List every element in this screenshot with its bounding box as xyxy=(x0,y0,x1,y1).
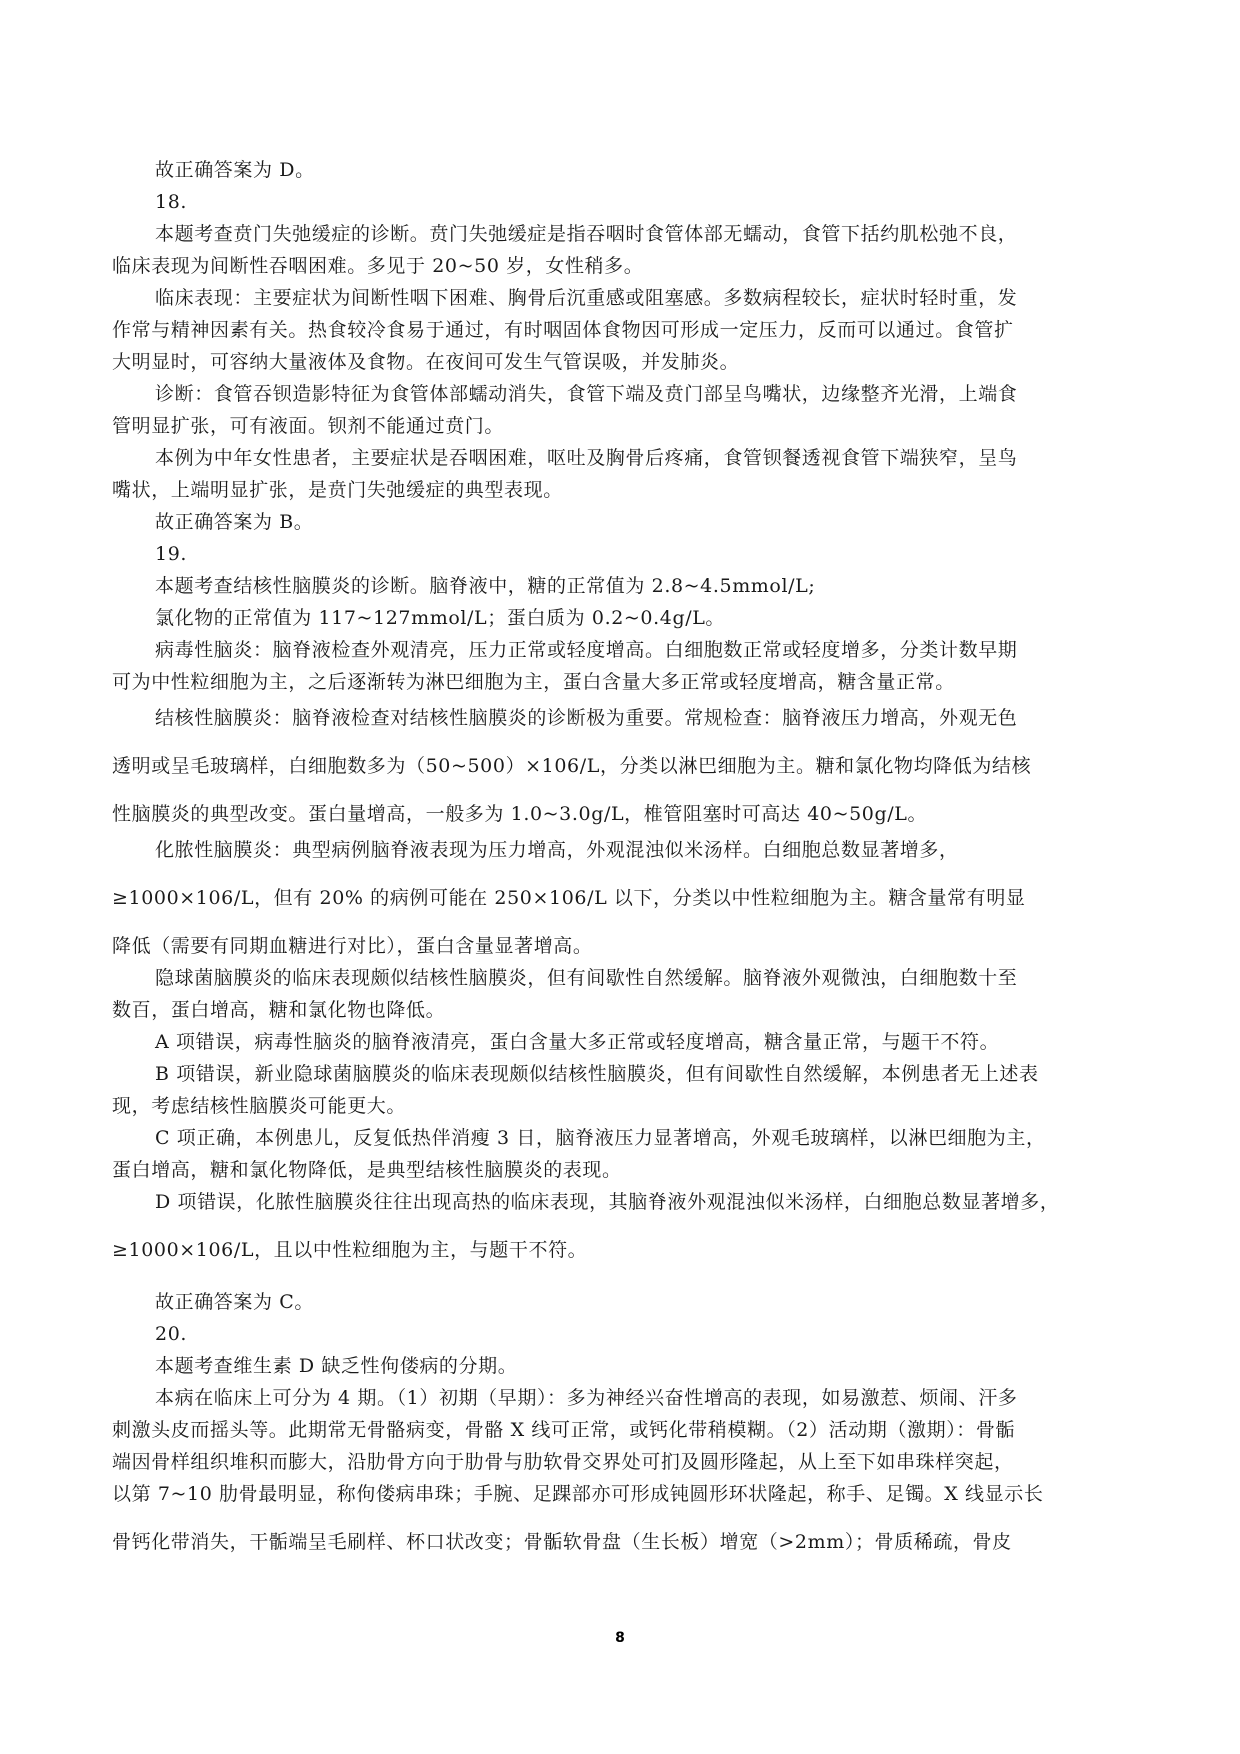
paragraph-line-first: 氯化物的正常值为 117~127mmol/L；蛋白质为 0.2~0.4g/L。 xyxy=(155,606,1165,630)
paragraph-line: 数百，蛋白增高，糖和氯化物也降低。 xyxy=(112,998,1122,1022)
paragraph-line: 临床表现为间断性吞咽困难。多见于 20~50 岁，女性稍多。 xyxy=(112,254,1122,278)
paragraph-line-first: 病毒性脑炎：脑脊液检查外观清亮，压力正常或轻度增高。白细胞数正常或轻度增多，分类… xyxy=(155,638,1165,662)
paragraph-line-first: D 项错误，化脓性脑膜炎往往出现高热的临床表现，其脑脊液外观混浊似米汤样，白细胞… xyxy=(155,1190,1165,1214)
paragraph-line: 透明或呈毛玻璃样，白细胞数多为（50~500）×106/L，分类以淋巴细胞为主。… xyxy=(112,754,1122,778)
document-page: 故正确答案为 D。18.本题考查贲门失弛缓症的诊断。贲门失弛缓症是指吞咽时食管体… xyxy=(0,0,1240,1754)
page-number: 8 xyxy=(0,1630,1240,1646)
paragraph-line: 蛋白增高，糖和氯化物降低，是典型结核性脑膜炎的表现。 xyxy=(112,1158,1122,1182)
paragraph-line-first: 故正确答案为 C。 xyxy=(155,1290,1165,1314)
paragraph-line-first: A 项错误，病毒性脑炎的脑脊液清亮，蛋白含量大多正常或轻度增高，糖含量正常，与题… xyxy=(155,1030,1165,1054)
paragraph-line-first: 隐球菌脑膜炎的临床表现颇似结核性脑膜炎，但有间歇性自然缓解。脑脊液外观微浊，白细… xyxy=(155,966,1165,990)
paragraph-line-first: 18. xyxy=(155,190,1165,214)
paragraph-line-first: 临床表现：主要症状为间断性咽下困难、胸骨后沉重感或阻塞感。多数病程较长，症状时轻… xyxy=(155,286,1165,310)
paragraph-line-first: B 项错误，新业隐球菌脑膜炎的临床表现颇似结核性脑膜炎，但有间歇性自然缓解，本例… xyxy=(155,1062,1165,1086)
paragraph-line: 骨钙化带消失，干骺端呈毛刷样、杯口状改变；骨骺软骨盘（生长板）增宽（>2mm）；… xyxy=(112,1530,1122,1554)
paragraph-line-first: 本题考查贲门失弛缓症的诊断。贲门失弛缓症是指吞咽时食管体部无蠕动，食管下括约肌松… xyxy=(155,222,1165,246)
paragraph-line-first: 19. xyxy=(155,542,1165,566)
paragraph-line: 嘴状，上端明显扩张，是贲门失弛缓症的典型表现。 xyxy=(112,478,1122,502)
paragraph-line: ≥1000×106/L，但有 20% 的病例可能在 250×106/L 以下，分… xyxy=(112,886,1122,910)
paragraph-line: 降低（需要有同期血糖进行对比），蛋白含量显著增高。 xyxy=(112,934,1122,958)
paragraph-line-first: 本病在临床上可分为 4 期。（1）初期（早期）：多为神经兴奋性增高的表现，如易激… xyxy=(155,1386,1165,1410)
paragraph-line: 端因骨样组织堆积而膨大，沿肋骨方向于肋骨与肋软骨交界处可扪及圆形隆起，从上至下如… xyxy=(112,1450,1122,1474)
paragraph-line-first: 本例为中年女性患者，主要症状是吞咽困难，呕吐及胸骨后疼痛，食管钡餐透视食管下端狭… xyxy=(155,446,1165,470)
paragraph-line-first: 20. xyxy=(155,1322,1165,1346)
paragraph-line-first: 本题考查结核性脑膜炎的诊断。脑脊液中，糖的正常值为 2.8~4.5mmol/L; xyxy=(155,574,1165,598)
paragraph-line-first: 诊断：食管吞钡造影特征为食管体部蠕动消失，食管下端及贲门部呈鸟嘴状，边缘整齐光滑… xyxy=(155,382,1165,406)
paragraph-line: 刺激头皮而摇头等。此期常无骨骼病变，骨骼 X 线可正常，或钙化带稍模糊。（2）活… xyxy=(112,1418,1122,1442)
paragraph-line-first: 化脓性脑膜炎：典型病例脑脊液表现为压力增高，外观混浊似米汤样。白细胞总数显著增多… xyxy=(155,838,1165,862)
paragraph-line-first: 结核性脑膜炎：脑脊液检查对结核性脑膜炎的诊断极为重要。常规检查：脑脊液压力增高，… xyxy=(155,706,1165,730)
paragraph-line: 可为中性粒细胞为主，之后逐渐转为淋巴细胞为主，蛋白含量大多正常或轻度增高，糖含量… xyxy=(112,670,1122,694)
paragraph-line: 作常与精神因素有关。热食较冷食易于通过，有时咽固体食物因可形成一定压力，反而可以… xyxy=(112,318,1122,342)
paragraph-line: 管明显扩张，可有液面。钡剂不能通过贲门。 xyxy=(112,414,1122,438)
paragraph-line: 性脑膜炎的典型改变。蛋白量增高，一般多为 1.0~3.0g/L，椎管阻塞时可高达… xyxy=(112,802,1122,826)
paragraph-line: 现，考虑结核性脑膜炎可能更大。 xyxy=(112,1094,1122,1118)
paragraph-line-first: 本题考查维生素 D 缺乏性佝偻病的分期。 xyxy=(155,1354,1165,1378)
paragraph-line: 大明显时，可容纳大量液体及食物。在夜间可发生气管误吸，并发肺炎。 xyxy=(112,350,1122,374)
paragraph-line-first: 故正确答案为 B。 xyxy=(155,510,1165,534)
paragraph-line-first: C 项正确，本例患儿，反复低热伴消瘦 3 日，脑脊液压力显著增高，外观毛玻璃样，… xyxy=(155,1126,1165,1150)
paragraph-line: ≥1000×106/L，且以中性粒细胞为主，与题干不符。 xyxy=(112,1238,1122,1262)
paragraph-line-first: 故正确答案为 D。 xyxy=(155,158,1165,182)
paragraph-line: 以第 7~10 肋骨最明显，称佝偻病串珠；手腕、足踝部亦可形成钝圆形环状隆起，称… xyxy=(112,1482,1122,1506)
